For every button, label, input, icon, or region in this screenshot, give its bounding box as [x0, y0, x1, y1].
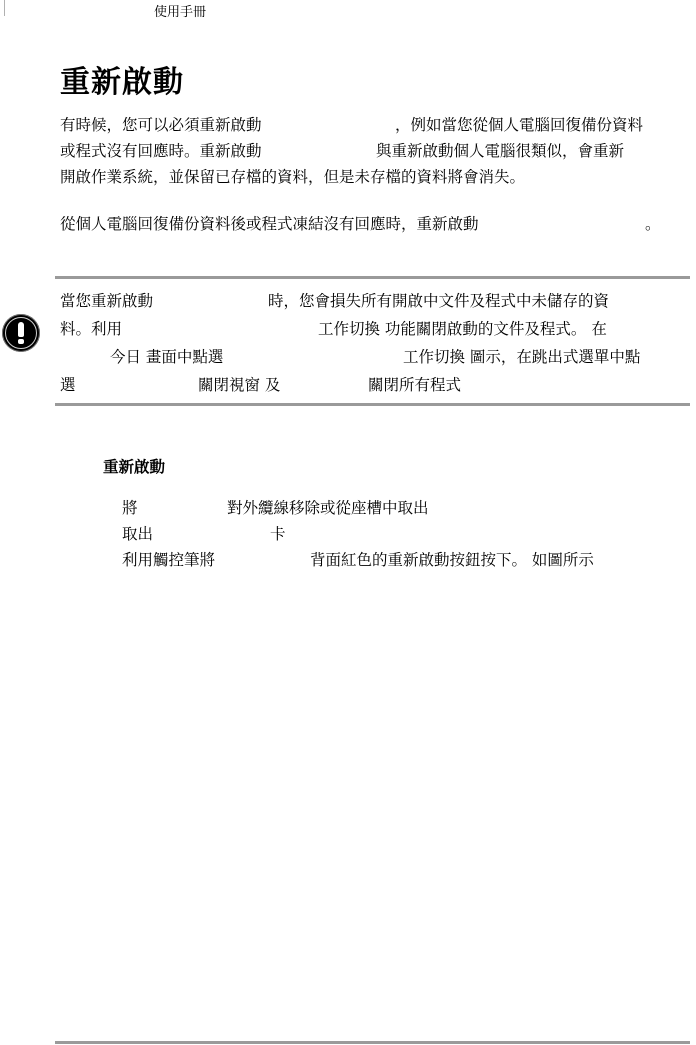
step-3-seg-2: 背面紅色的重新啟動按鈕按下。 如圖所示 — [310, 547, 594, 573]
procedure-heading: 重新啟動 — [103, 456, 165, 478]
step-2-seg-1: 取出 — [122, 521, 153, 547]
intro-line-3-seg-1: 開啟作業系統，並保留已存檔的資料，但是未存檔的資料將會消失。 — [60, 164, 525, 190]
warning-top-rule — [55, 276, 690, 279]
intro-line-2-seg-2: 與重新啟動個人電腦很類似，會重新 — [376, 138, 624, 164]
procedure-steps: 將 對外纜線移除或從座槽中取出 取出 卡 利用觸控筆將 背面紅色的重新啟動按鈕按… — [122, 495, 692, 573]
intro-line-1-seg-2: ，例如當您從個人電腦回復備份資料 — [395, 112, 643, 138]
exclamation-bar — [18, 322, 24, 337]
procedure-step: 利用觸控筆將 背面紅色的重新啟動按鈕按下。 如圖所示 — [122, 547, 692, 573]
summary-seg-2: 。 — [645, 211, 661, 237]
intro-line-2-seg-1: 或程式沒有回應時。重新啟動 — [60, 138, 262, 164]
summary-line: 從個人電腦回復備份資料後或程式凍結沒有回應時，重新啟動 。 — [60, 211, 692, 237]
summary-paragraph: 從個人電腦回復備份資料後或程式凍結沒有回應時，重新啟動 。 — [60, 211, 692, 237]
running-header: 使用手冊 — [154, 4, 206, 22]
footer-rule — [55, 1041, 690, 1044]
intro-line-3: 開啟作業系統，並保留已存檔的資料，但是未存檔的資料將會消失。 — [60, 164, 692, 190]
step-1-seg-2: 對外纜線移除或從座槽中取出 — [227, 495, 429, 521]
intro-line-1: 有時候，您可以必須重新啟動 ，例如當您從個人電腦回復備份資料 — [60, 112, 692, 138]
summary-seg-1: 從個人電腦回復備份資料後或程式凍結沒有回應時，重新啟動 — [60, 211, 479, 237]
intro-line-2: 或程式沒有回應時。重新啟動 與重新啟動個人電腦很類似，會重新 — [60, 138, 692, 164]
warning-line-3: 今日 畫面中點選 工作切換 圖示，在跳出式選單中點 — [60, 343, 692, 371]
warning-line-4-seg-3: 關閉所有程式 — [368, 371, 461, 399]
step-2-seg-2: 卡 — [270, 521, 286, 547]
warning-line-4: 選 關閉視窗 及 關閉所有程式 — [60, 371, 692, 399]
warning-line-1-seg-1: 當您重新啟動 — [60, 287, 153, 315]
warning-line-1-seg-2: 時，您會損失所有開啟中文件及程式中未儲存的資 — [268, 287, 609, 315]
procedure-step: 取出 卡 — [122, 521, 692, 547]
procedure-step: 將 對外纜線移除或從座槽中取出 — [122, 495, 692, 521]
warning-line-2-seg-1: 料。利用 — [60, 315, 122, 343]
warning-line-4-seg-1: 選 — [60, 371, 76, 399]
intro-paragraph: 有時候，您可以必須重新啟動 ，例如當您從個人電腦回復備份資料 或程式沒有回應時。… — [60, 112, 692, 190]
step-1-seg-1: 將 — [122, 495, 138, 521]
margin-mark — [4, 0, 5, 16]
warning-line-3-seg-2: 工作切換 圖示，在跳出式選單中點 — [403, 343, 640, 371]
warning-line-3-seg-1: 今日 畫面中點選 — [110, 343, 223, 371]
warning-note: 當您重新啟動 時，您會損失所有開啟中文件及程式中未儲存的資 料。利用 工作切換 … — [60, 287, 692, 399]
exclamation-dot — [18, 339, 24, 344]
warning-line-2-seg-2: 工作切換 功能關閉啟動的文件及程式。 在 — [318, 315, 607, 343]
warning-bottom-rule — [55, 403, 690, 406]
page-title: 重新啟動 — [60, 64, 184, 102]
intro-line-1-seg-1: 有時候，您可以必須重新啟動 — [60, 112, 262, 138]
warning-line-2: 料。利用 工作切換 功能關閉啟動的文件及程式。 在 — [60, 315, 692, 343]
warning-line-1: 當您重新啟動 時，您會損失所有開啟中文件及程式中未儲存的資 — [60, 287, 692, 315]
warning-line-4-seg-2: 關閉視窗 及 — [198, 371, 280, 399]
step-3-seg-1: 利用觸控筆將 — [122, 547, 215, 573]
exclamation-circle-icon — [2, 314, 40, 352]
